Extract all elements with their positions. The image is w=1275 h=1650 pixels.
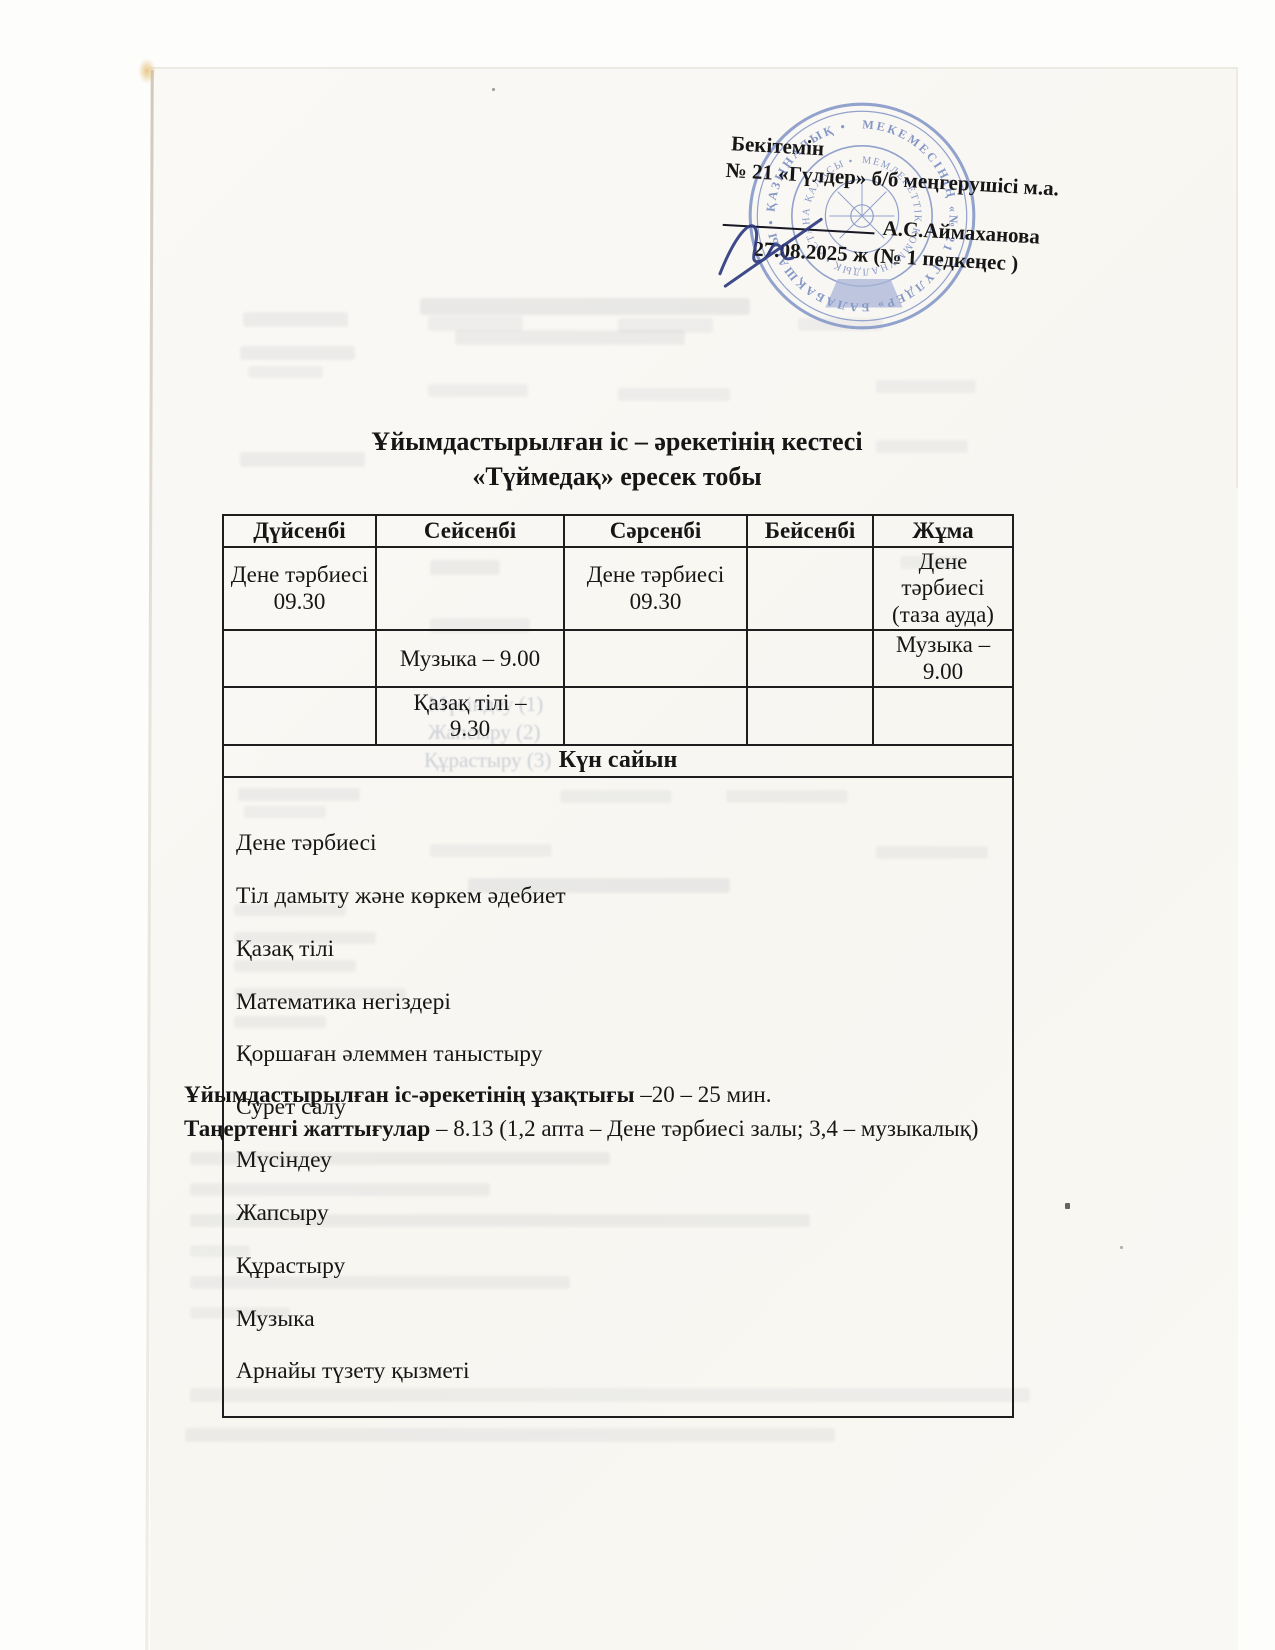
daily-item: Құрастыру (236, 1254, 1002, 1280)
schedule-cell: Музыка – 9.00 (376, 630, 564, 687)
day-header-monday: Дүйсенбі (223, 515, 376, 547)
scan-speck (492, 88, 495, 91)
daily-item: Дене тәрбиесі (236, 831, 1002, 857)
table-row: Қазақ тілі – 9.30 (223, 687, 1013, 745)
footer-duration-label: Ұйымдастырылған іс-әрекетінің ұзақтығы (184, 1082, 635, 1107)
schedule-cell (747, 547, 873, 630)
schedule-cell (873, 687, 1013, 745)
footer-duration-line: Ұйымдастырылған іс-әрекетінің ұзақтығы –… (184, 1078, 1144, 1112)
document-title: Ұйымдастырылған іс – әрекетінің кестесі … (222, 424, 1012, 494)
daily-item: Қоршаған әлеммен таныстыру (236, 1042, 1002, 1068)
schedule-table: Дүйсенбі Сейсенбі Сәрсенбі Бейсенбі Жұма… (222, 514, 1014, 1418)
table-row: Музыка – 9.00 Музыка – 9.00 (223, 630, 1013, 687)
scan-speck (1065, 1203, 1070, 1209)
footer-morning-value: – 8.13 (1,2 апта – Дене тәрбиесі залы; 3… (430, 1116, 978, 1141)
schedule-cell: Дене тәрбиесі 09.30 (564, 547, 747, 630)
daily-item: Музыка (236, 1307, 1002, 1333)
schedule-cell (376, 547, 564, 630)
bleedthrough-smudge (420, 298, 750, 315)
table-header-row: Дүйсенбі Сейсенбі Сәрсенбі Бейсенбі Жұма (223, 515, 1013, 547)
scan-speck (1120, 1246, 1123, 1249)
schedule-cell (564, 630, 747, 687)
schedule-cell (747, 687, 873, 745)
bleedthrough-smudge (185, 1428, 835, 1442)
day-header-wednesday: Сәрсенбі (564, 515, 747, 547)
paper-edge-top (150, 67, 1238, 69)
signature (705, 207, 910, 308)
bleedthrough-smudge (428, 316, 523, 331)
day-header-thursday: Бейсенбі (747, 515, 873, 547)
daily-item: Мүсіндеу (236, 1148, 1002, 1174)
bleedthrough-smudge (876, 380, 976, 393)
day-header-friday: Жұма (873, 515, 1013, 547)
footer-morning-label: Таңертенгі жаттығулар (184, 1116, 430, 1141)
daily-item: Қазақ тілі (236, 937, 1002, 963)
corner-stain (138, 58, 156, 84)
bleedthrough-smudge (240, 346, 355, 360)
daily-header-row: Күн сайын (223, 745, 1013, 777)
schedule-cell: Дене тәрбиесі (таза ауда) (873, 547, 1013, 630)
bleedthrough-smudge (243, 312, 348, 327)
bleedthrough-smudge (248, 366, 323, 378)
daily-item: Жапсыру (236, 1201, 1002, 1227)
title-line-1: Ұйымдастырылған іс – әрекетінің кестесі (222, 424, 1012, 459)
schedule-cell (223, 630, 376, 687)
title-line-2: «Түймедақ» ересек тобы (222, 459, 1012, 494)
bleedthrough-smudge (618, 318, 713, 333)
bleedthrough-smudge (428, 384, 528, 397)
paper-edge-right (1236, 68, 1238, 488)
daily-header: Күн сайын (223, 745, 1013, 777)
schedule-cell (223, 687, 376, 745)
footer-duration-value: –20 – 25 мин. (635, 1082, 772, 1107)
schedule-cell: Қазақ тілі – 9.30 (376, 687, 564, 745)
day-header-tuesday: Сейсенбі (376, 515, 564, 547)
schedule-cell: Дене тәрбиесі 09.30 (223, 547, 376, 630)
approval-signature-line: А.С.Аймаханова (722, 200, 1083, 254)
schedule-cell: Музыка – 9.00 (873, 630, 1013, 687)
schedule-cell (564, 687, 747, 745)
footer-notes: Ұйымдастырылған іс-әрекетінің ұзақтығы –… (184, 1078, 1144, 1146)
daily-item: Тіл дамыту және көркем әдебиет (236, 884, 1002, 910)
daily-item: Арнайы түзету қызметі (236, 1359, 1002, 1385)
table-row: Дене тәрбиесі 09.30 Дене тәрбиесі 09.30 … (223, 547, 1013, 630)
bleedthrough-smudge (618, 388, 730, 401)
approval-block: Бекітемін № 21 «Гүлдер» б/б меңгерушісі … (721, 130, 1088, 281)
footer-morning-line: Таңертенгі жаттығулар – 8.13 (1,2 апта –… (184, 1112, 1144, 1146)
daily-item: Математика негіздері (236, 990, 1002, 1016)
schedule-cell (747, 630, 873, 687)
